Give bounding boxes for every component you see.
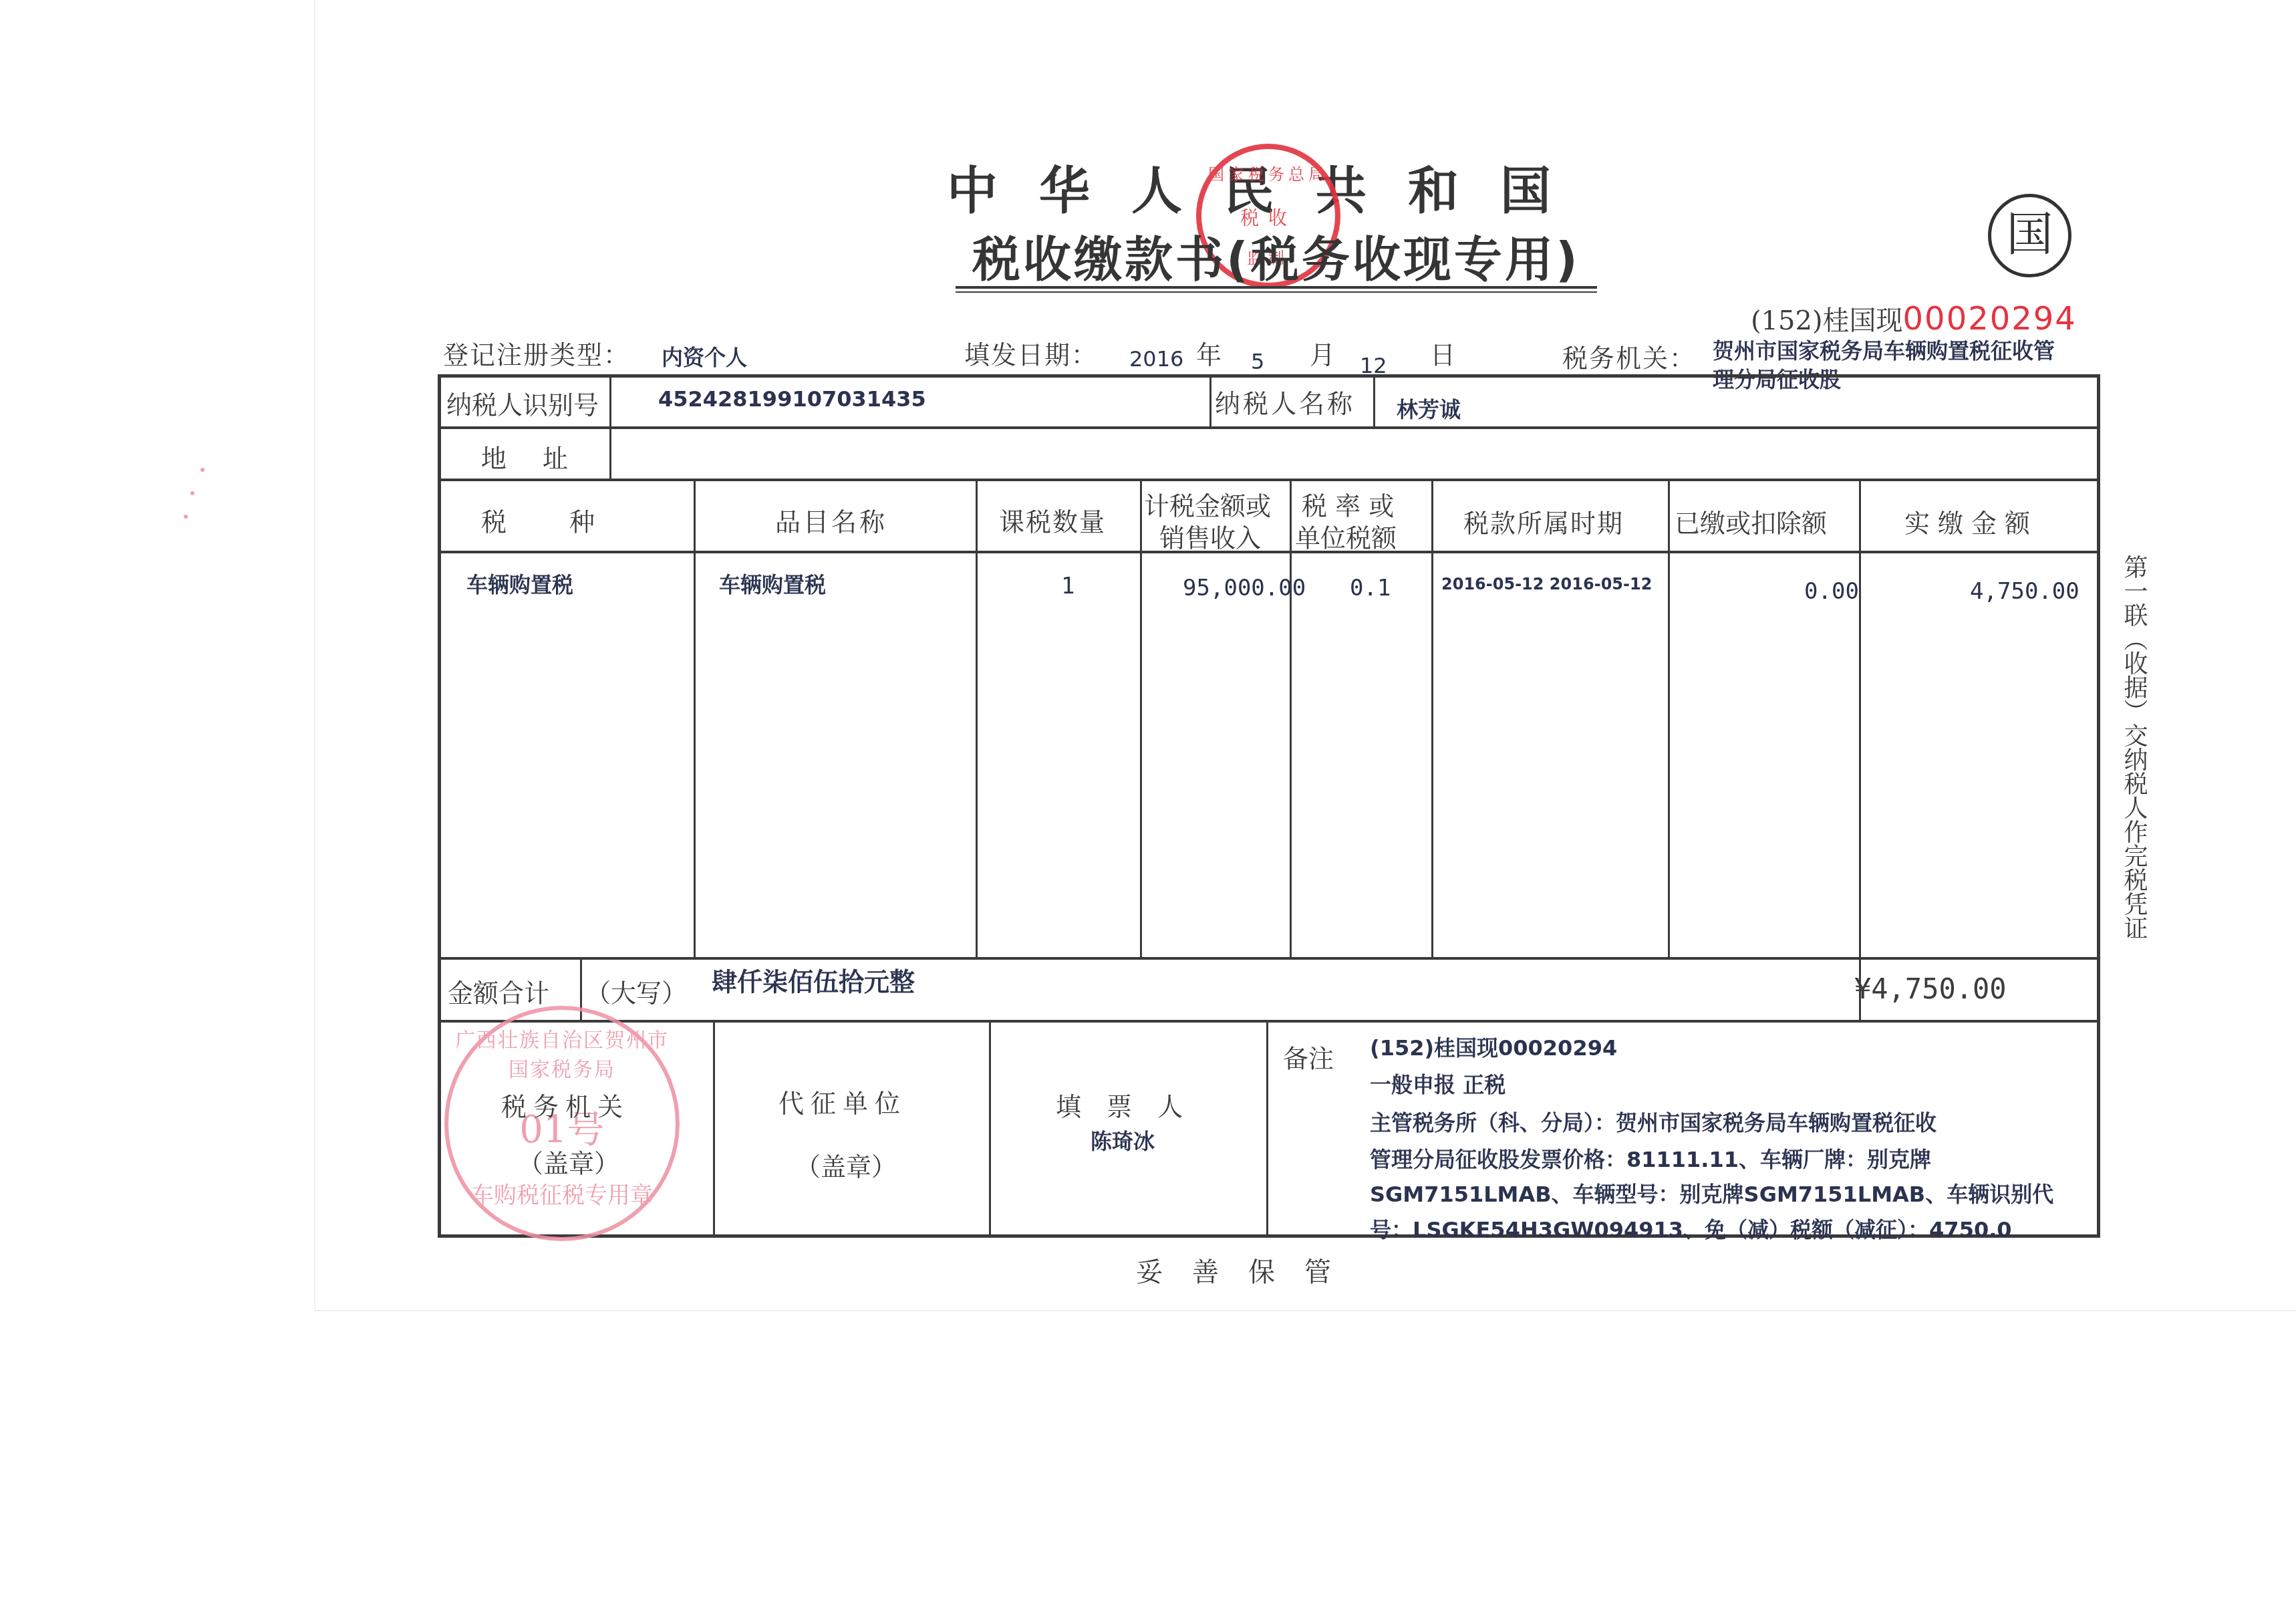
remark-line: 管理分局征收股发票价格：81111.11、车辆厂牌：别克牌 <box>1370 1143 1931 1174</box>
remarks-label: 备注 <box>1283 1038 1334 1075</box>
col-header-taxable-amount-line1: 计税金额或 <box>1144 485 1271 522</box>
agent-seal: （盖章） <box>795 1146 897 1183</box>
row-divider <box>438 551 2100 553</box>
title-underline <box>956 286 1597 293</box>
row-divider <box>438 479 2100 481</box>
row-divider <box>438 426 2100 429</box>
issue-year: 2016 <box>1129 346 1183 372</box>
seal-arc-text: 国家税务总局 <box>1201 161 1335 184</box>
col-header-quantity: 课税数量 <box>999 501 1106 538</box>
col-divider <box>609 374 611 479</box>
stamp-arc-text: 广西壮族自治区贺州市国家税务局 <box>448 1023 676 1082</box>
col-header-item-name: 品目名称 <box>775 501 887 538</box>
col-header-taxable-amount-line2: 销售收入 <box>1159 517 1261 554</box>
remark-line: 号：LSGKE54H3GW094913、免（减）税额（减征）：4750.0 <box>1370 1213 2012 1244</box>
col-divider <box>1209 374 1211 426</box>
col-divider <box>976 479 978 957</box>
total-amount: ¥4,750.00 <box>1854 972 2007 1005</box>
stamp-bottom-text: 车购税征税专用章 <box>448 1177 676 1210</box>
issue-month: 5 <box>1251 349 1264 374</box>
total-uppercase-label: （大写） <box>585 972 687 1009</box>
remark-line: (152)桂国现00020294 <box>1370 1031 1617 1062</box>
col-divider <box>713 1020 715 1238</box>
row-divider <box>438 1020 2100 1023</box>
tax-office-label: 税务机关： <box>1562 338 1696 374</box>
year-label: 年 <box>1196 334 1223 371</box>
row-divider <box>438 957 2100 960</box>
col-divider <box>1668 479 1670 957</box>
copy-note: 第一联（收据）交纳税人作完税凭证 <box>2115 555 2148 940</box>
taxpayer-name-label: 纳税人名称 <box>1215 383 1355 420</box>
taxpayer-id-label: 纳税人识别号 <box>446 384 599 421</box>
day-label: 日 <box>1430 334 1457 371</box>
taxpayer-id-value: 452428199107031435 <box>658 386 926 412</box>
col-divider <box>1290 479 1292 957</box>
issuer-name: 陈琦冰 <box>1091 1125 1155 1156</box>
col-header-period: 税款所属时期 <box>1463 503 1624 539</box>
serial-number: (152)桂国现00020294 <box>1751 299 2077 338</box>
remark-line: 主管税务所（科、分局）：贺州市国家税务局车辆购置税征收 <box>1370 1106 1936 1137</box>
agent-label: 代征单位 <box>778 1083 907 1119</box>
col-divider <box>694 479 696 957</box>
total-label: 金额合计 <box>448 972 549 1009</box>
speck <box>184 515 188 519</box>
issue-date-label: 填发日期： <box>964 334 1098 371</box>
tax-office-value-line1: 贺州市国家税务局车辆购置税征收管 <box>1713 334 2055 365</box>
remark-line: 一般申报 正税 <box>1370 1068 1505 1099</box>
col-header-rate-line2: 单位税额 <box>1295 517 1397 554</box>
col-divider <box>989 1020 991 1238</box>
col-header-paid-deducted: 已缴或扣除额 <box>1675 503 1827 539</box>
row-period: 2016-05-12 2016-05-12 <box>1441 575 1652 593</box>
col-header-tax-type: 税 种 <box>481 501 599 538</box>
row-actual-paid: 4,750.00 <box>1970 578 2079 605</box>
col-header-actual-paid: 实缴金额 <box>1904 503 2038 539</box>
reg-type-label: 登记注册类型： <box>443 334 630 371</box>
address-label: 地 址 <box>481 438 573 475</box>
document-title-form: 税收缴款书(税务收现专用) <box>956 221 1597 290</box>
remark-line: SGM7151LMAB、车辆型号：别克牌SGM7151LMAB、车辆识别代 <box>1370 1178 2053 1208</box>
serial-prefix: (152)桂国现 <box>1751 305 1903 336</box>
footer-keep-safe: 妥善保管 <box>1136 1251 1360 1289</box>
reg-type-value: 内资个人 <box>662 341 747 372</box>
tax-authority-stamp: 广西壮族自治区贺州市国家税务局 01号 车购税征税专用章 <box>444 1006 680 1241</box>
row-item-name: 车辆购置税 <box>719 568 826 599</box>
taxpayer-name-value: 林芳诚 <box>1397 393 1461 424</box>
total-uppercase-value: 肆仟柒佰伍拾元整 <box>712 961 915 998</box>
col-divider <box>1266 1020 1268 1238</box>
serial-number-red: 00020294 <box>1903 300 2077 338</box>
row-tax-type: 车辆购置税 <box>466 568 573 599</box>
col-divider <box>1140 479 1142 957</box>
col-header-rate-line1: 税 率 或 <box>1302 485 1394 522</box>
month-label: 月 <box>1310 334 1336 371</box>
col-divider <box>1859 479 1861 1020</box>
row-quantity: 1 <box>1061 573 1074 599</box>
tax-authority-seal: （盖章） <box>518 1143 619 1180</box>
national-tax-emblem-icon: 国 <box>1988 194 2071 277</box>
row-paid-deducted: 0.00 <box>1804 578 1859 605</box>
speck <box>200 468 204 472</box>
row-taxable-amount: 95,000.00 <box>1183 575 1306 601</box>
speck <box>190 491 194 495</box>
col-divider <box>1373 374 1375 426</box>
issuer-label: 填 票 人 <box>1056 1086 1183 1123</box>
row-rate: 0.1 <box>1350 575 1391 601</box>
col-divider <box>1431 479 1433 957</box>
tax-authority-label: 税务机关 <box>501 1086 629 1123</box>
